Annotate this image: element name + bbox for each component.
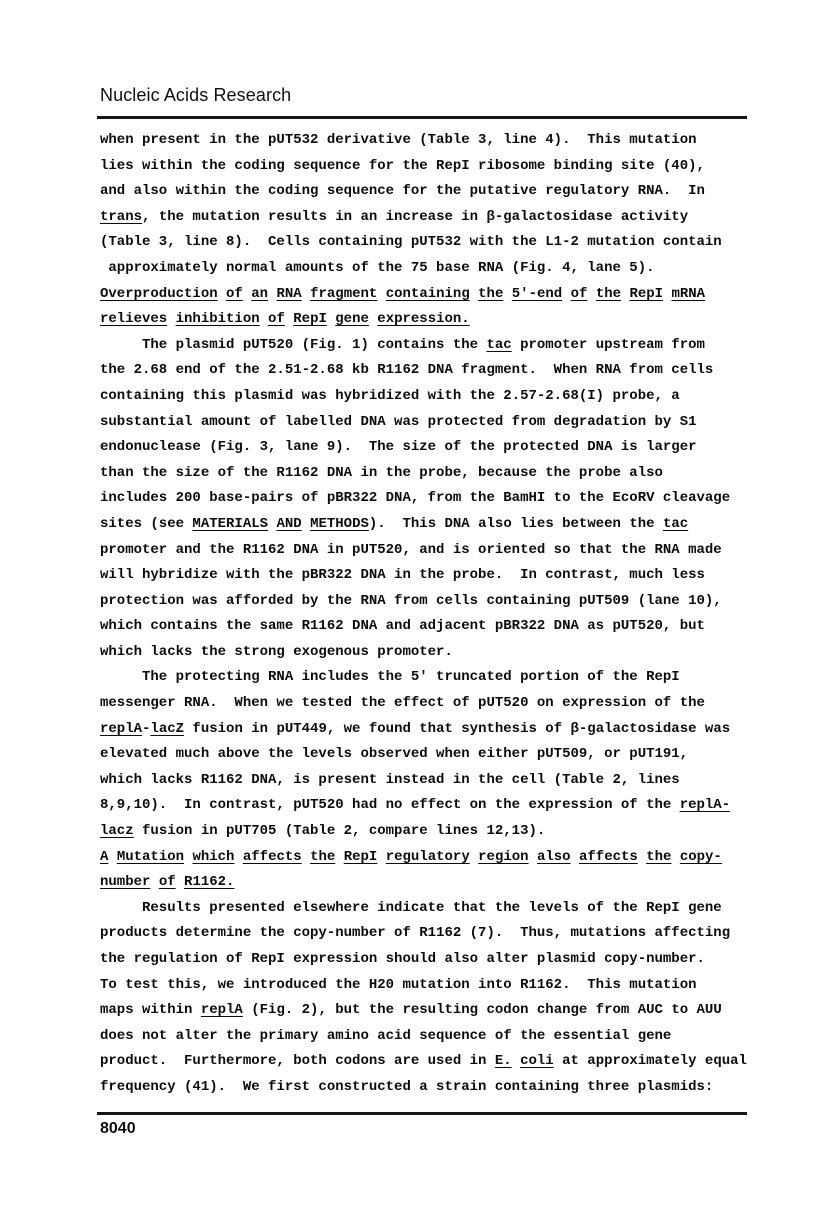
text-line: sites (see MATERIALS AND METHODS). This … bbox=[100, 512, 780, 538]
text-line: which contains the same R1162 DNA and ad… bbox=[100, 614, 780, 640]
paper-page: Nucleic Acids Research when present in t… bbox=[0, 0, 816, 1223]
text-line: 8,9,10). In contrast, pUT520 had no effe… bbox=[100, 793, 780, 819]
text-line: number of R1162. bbox=[100, 870, 780, 896]
text-line: product. Furthermore, both codons are us… bbox=[100, 1049, 780, 1075]
text-line: To test this, we introduced the H20 muta… bbox=[100, 973, 780, 999]
text-line: (Table 3, line 8). Cells containing pUT5… bbox=[100, 230, 780, 256]
text-line: messenger RNA. When we tested the effect… bbox=[100, 691, 780, 717]
page-number: 8040 bbox=[100, 1120, 136, 1138]
text-line: includes 200 base-pairs of pBR322 DNA, f… bbox=[100, 486, 780, 512]
text-line: replA-lacZ fusion in pUT449, we found th… bbox=[100, 717, 780, 743]
footer-rule bbox=[97, 1112, 747, 1115]
text-line: substantial amount of labelled DNA was p… bbox=[100, 410, 780, 436]
text-line: relieves inhibition of RepI gene express… bbox=[100, 307, 780, 333]
text-line: The plasmid pUT520 (Fig. 1) contains the… bbox=[100, 333, 780, 359]
text-line: maps within replA (Fig. 2), but the resu… bbox=[100, 998, 780, 1024]
text-line: containing this plasmid was hybridized w… bbox=[100, 384, 780, 410]
text-line: elevated much above the levels observed … bbox=[100, 742, 780, 768]
text-line: products determine the copy-number of R1… bbox=[100, 921, 780, 947]
text-line: Results presented elsewhere indicate tha… bbox=[100, 896, 780, 922]
text-line: promoter and the R1162 DNA in pUT520, an… bbox=[100, 538, 780, 564]
text-line: trans, the mutation results in an increa… bbox=[100, 205, 780, 231]
text-line: when present in the pUT532 derivative (T… bbox=[100, 128, 780, 154]
text-line: than the size of the R1162 DNA in the pr… bbox=[100, 461, 780, 487]
text-line: the regulation of RepI expression should… bbox=[100, 947, 780, 973]
text-line: protection was afforded by the RNA from … bbox=[100, 589, 780, 615]
text-line: the 2.68 end of the 2.51-2.68 kb R1162 D… bbox=[100, 358, 780, 384]
journal-title: Nucleic Acids Research bbox=[100, 85, 291, 106]
text-line: endonuclease (Fig. 3, lane 9). The size … bbox=[100, 435, 780, 461]
text-line: lies within the coding sequence for the … bbox=[100, 154, 780, 180]
text-line: Overproduction of an RNA fragment contai… bbox=[100, 282, 780, 308]
text-line: approximately normal amounts of the 75 b… bbox=[100, 256, 780, 282]
text-line: The protecting RNA includes the 5' trunc… bbox=[100, 665, 780, 691]
text-line: and also within the coding sequence for … bbox=[100, 179, 780, 205]
header-rule bbox=[97, 116, 747, 119]
text-line: lacz fusion in pUT705 (Table 2, compare … bbox=[100, 819, 780, 845]
text-line: A Mutation which affects the RepI regula… bbox=[100, 845, 780, 871]
text-body: when present in the pUT532 derivative (T… bbox=[100, 128, 780, 1101]
text-line: which lacks the strong exogenous promote… bbox=[100, 640, 780, 666]
text-line: frequency (41). We first constructed a s… bbox=[100, 1075, 780, 1101]
text-line: which lacks R1162 DNA, is present instea… bbox=[100, 768, 780, 794]
text-line: will hybridize with the pBR322 DNA in th… bbox=[100, 563, 780, 589]
text-line: does not alter the primary amino acid se… bbox=[100, 1024, 780, 1050]
